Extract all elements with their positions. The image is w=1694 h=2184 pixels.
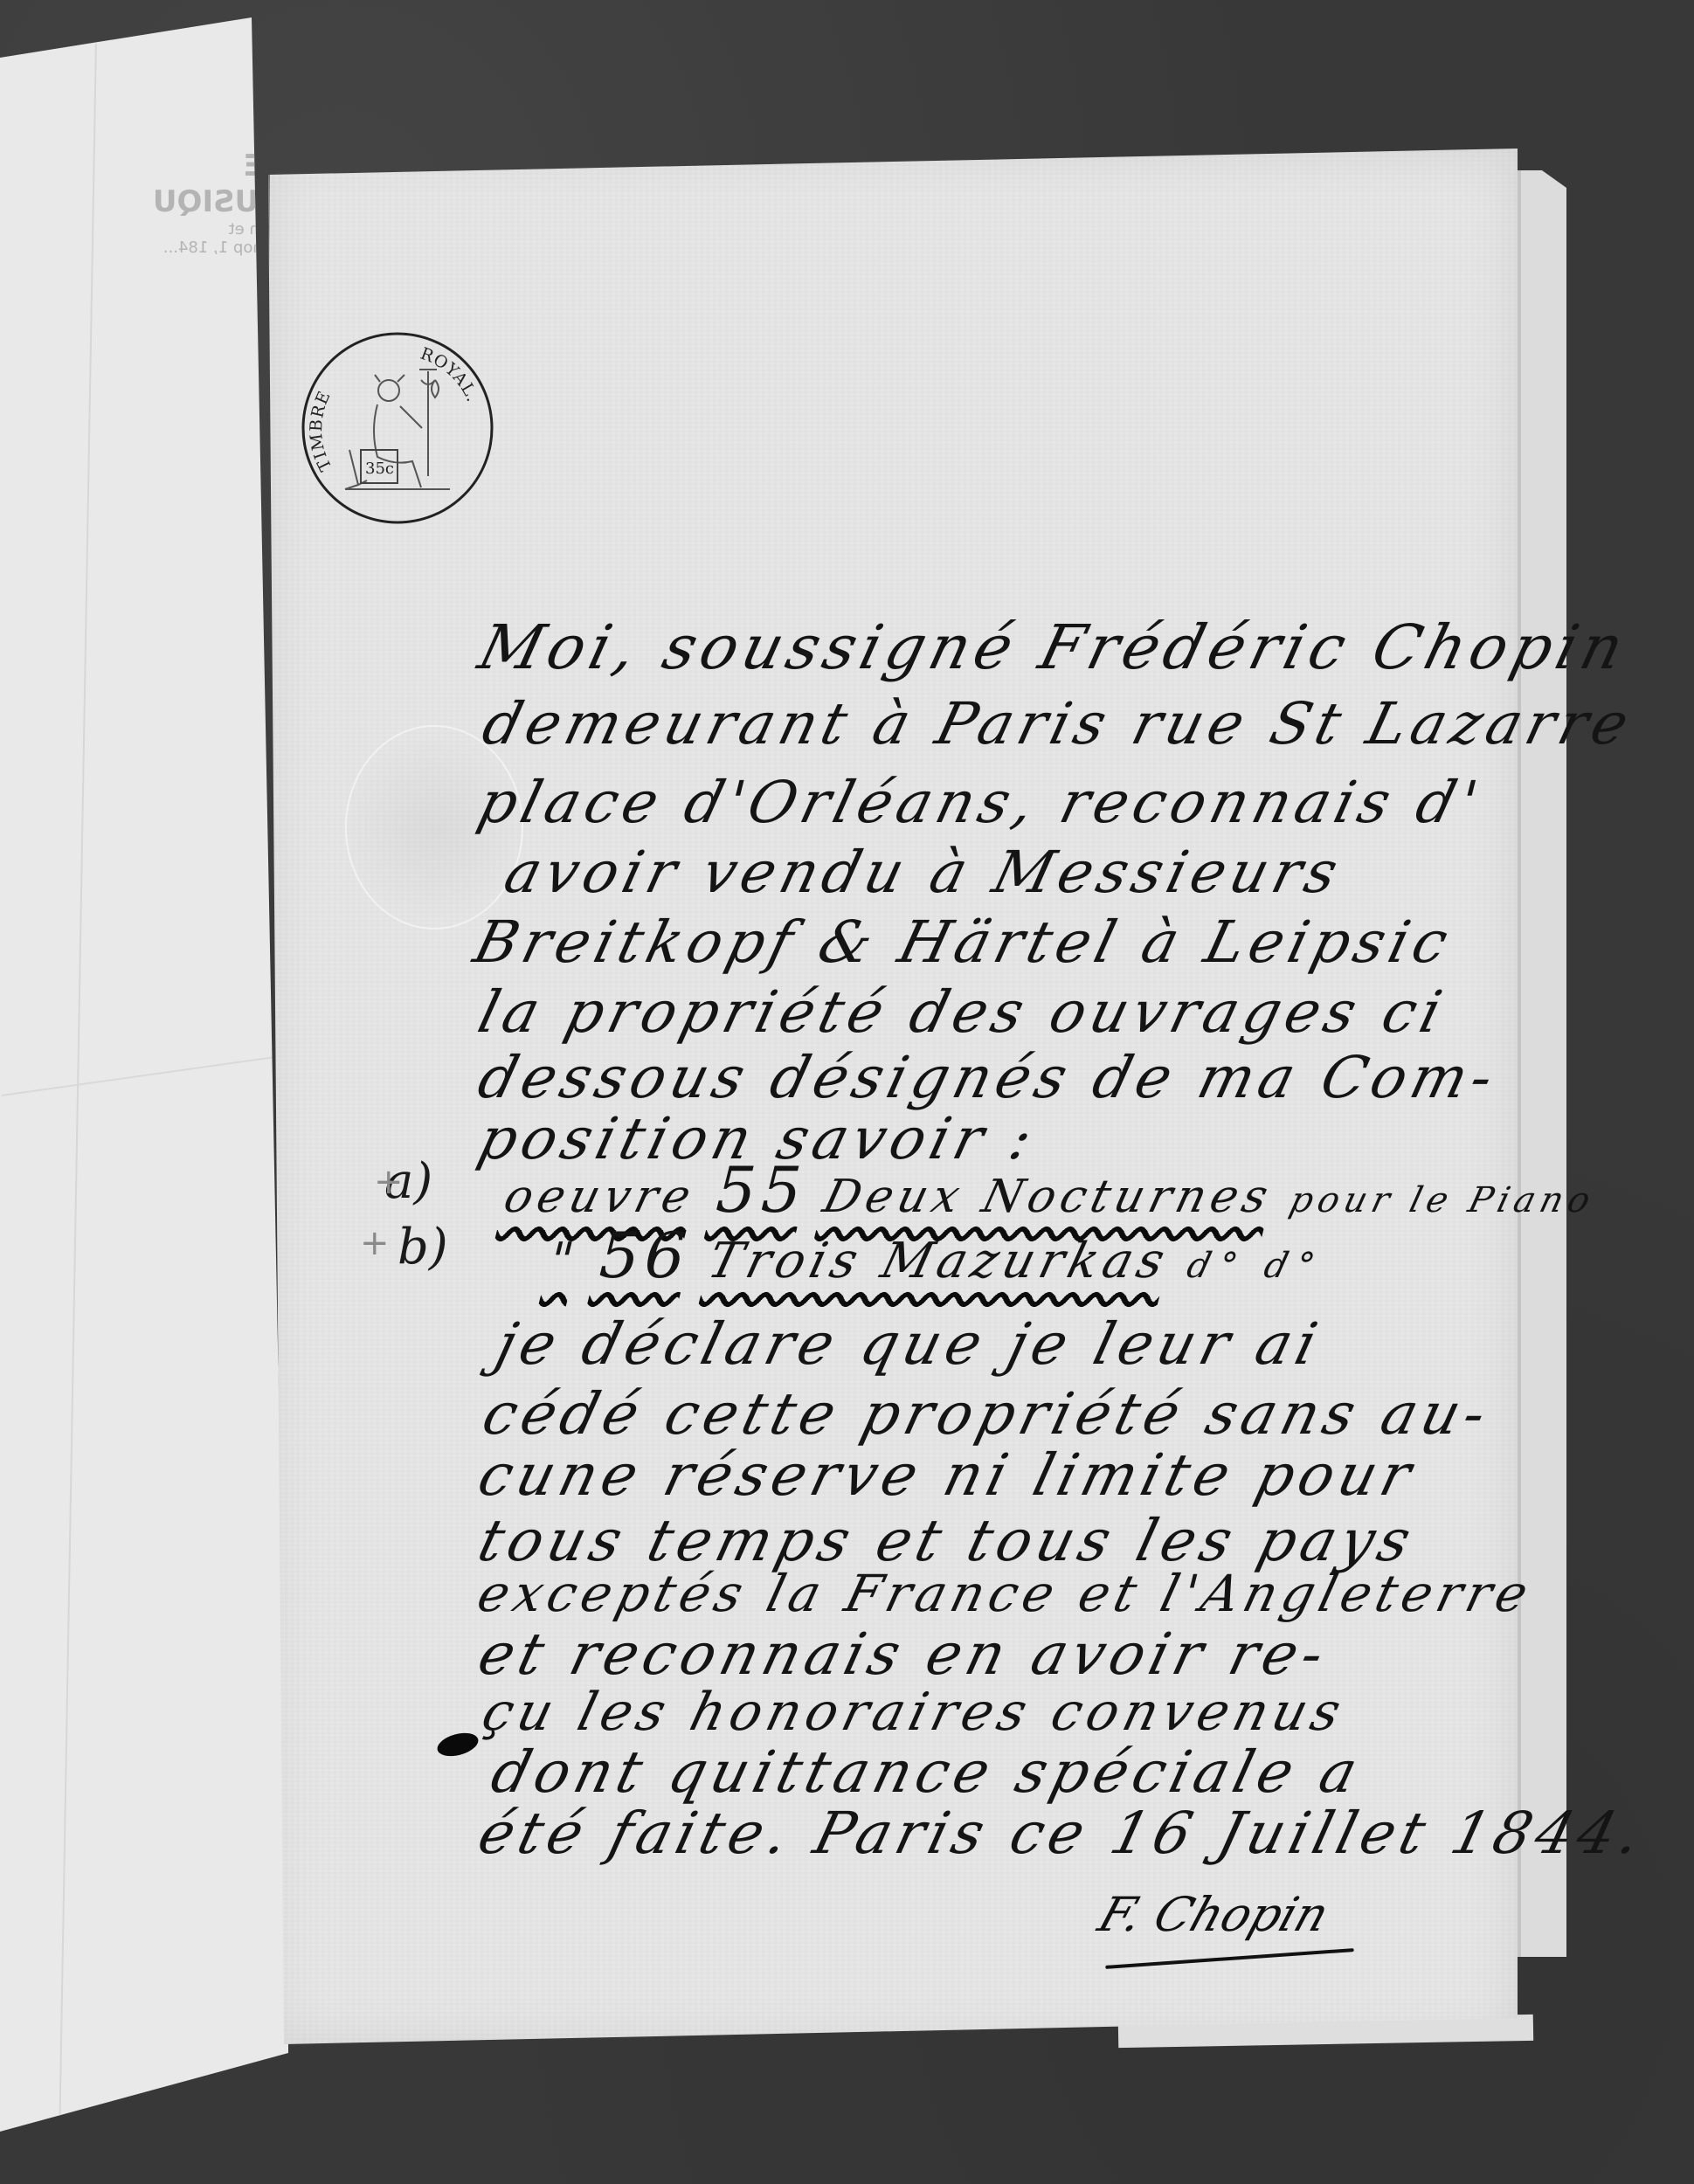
work-a-suffix: pour le Piano (1285, 1180, 1599, 1220)
work-b-suffix: d° d° (1183, 1246, 1327, 1286)
letter-line-4: avoir vendu à Messieurs (498, 839, 1350, 906)
signature: F. Chopin (1092, 1887, 1336, 1942)
letter-line-5: Breitkopf & Härtel à Leipsic (467, 909, 1460, 976)
timbre-royal-stamp: TIMBRE ROYAL. 35c (297, 328, 498, 529)
svg-text:35c: 35c (365, 460, 394, 478)
declaration-line-3: cune réserve ni limite pour (472, 1441, 1423, 1509)
work-a-prefix: oeuvre (499, 1171, 702, 1223)
declaration-line-6: et reconnais en avoir re- (472, 1621, 1336, 1688)
letter-line-6: la propriété des ouvrages ci (472, 978, 1454, 1046)
margin-cross-2: + (360, 1223, 390, 1263)
declaration-line-2: cédé cette propriété sans au- (476, 1380, 1497, 1448)
back-sheet-edge (1516, 170, 1566, 1957)
letter-line-2: demeurant à Paris rue St Lazarre (476, 690, 1640, 757)
declaration-line-5: exceptés la France et l'Angleterre (472, 1564, 1539, 1623)
work-b-opus: 56 (591, 1219, 700, 1292)
work-a-title: Deux Nocturnes (818, 1171, 1278, 1223)
declaration-line-1: je déclare que je leur ai (489, 1310, 1329, 1378)
work-a-row: oeuvre 55 Deux Nocturnes pour le Piano (498, 1153, 1607, 1227)
fold-line (59, 44, 97, 2140)
left-folded-sheet: DE MUSIQU ...ion et ...ithop 1, 184... (0, 0, 288, 2184)
crease-line (1, 1054, 287, 1096)
stamp-icon: TIMBRE ROYAL. 35c (297, 328, 498, 529)
declaration-line-8: dont quittance spéciale a (485, 1738, 1369, 1806)
letter-line-7: dessous désignés de ma Com- (472, 1044, 1505, 1111)
margin-cross-1: + (374, 1162, 404, 1202)
declaration-line-7: çu les honoraires convenus (476, 1682, 1352, 1743)
svg-text:TIMBRE: TIMBRE (307, 388, 336, 474)
letter-line-1: Moi, soussigné Frédéric Chopin (472, 612, 1635, 683)
work-b-row: " 56 Trois Mazurkas d° d° (542, 1219, 1334, 1292)
declaration-line-9: été faite. Paris ce 16 Juillet 1844. (472, 1800, 1652, 1867)
work-b-title: Trois Mazurkas (702, 1233, 1176, 1289)
declaration-line-5-text: exceptés la France et l'Angleterre (472, 1564, 1539, 1623)
work-a-opus: 55 (707, 1153, 816, 1227)
marker-b: b) (398, 1219, 448, 1275)
letter-line-3: place d'Orléans, reconnais d' (472, 769, 1490, 836)
